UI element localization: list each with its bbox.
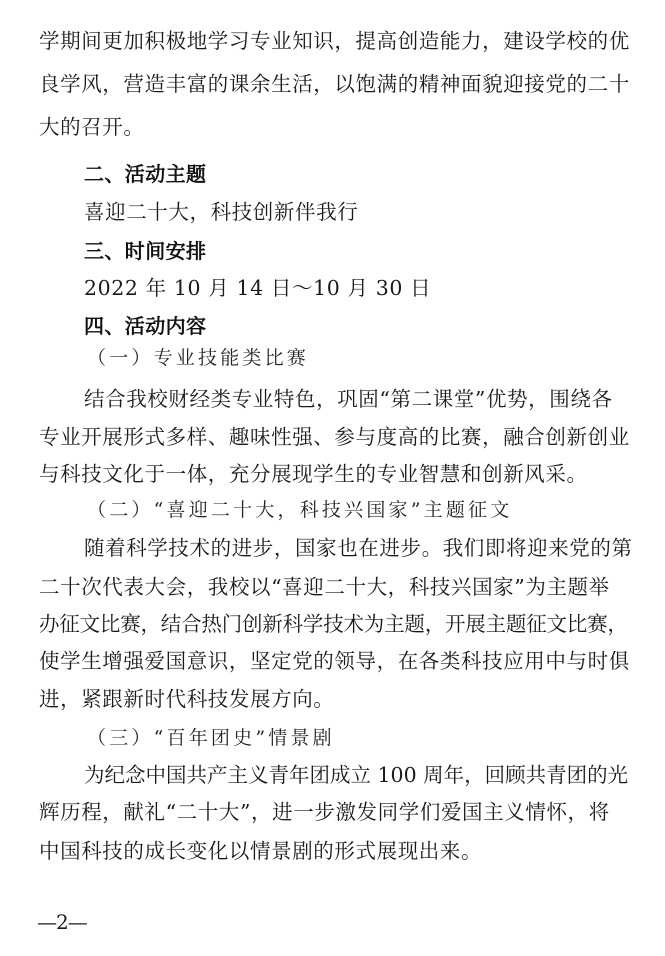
subsection-title: （一）专业技能类比赛 (87, 346, 309, 370)
paragraph-line: 大的召开。 (39, 115, 145, 139)
paragraph-line: 办征文比赛，结合热门创新科学技术为主题，开展主题征文比赛， (39, 612, 628, 636)
paragraph-line: 专业开展形式多样、趣味性强、参与度高的比赛，融合创新创业 (39, 425, 630, 449)
paragraph-line: 二十次代表大会，我校以“喜迎二十大，科技兴国家”为主题举 (39, 575, 610, 599)
section-heading-theme: 二、活动主题 (84, 162, 206, 186)
schedule-text: 2022 年 10 月 14 日～10 月 30 日 (84, 276, 431, 300)
paragraph-line: 良学风，营造丰富的课余生活，以饱满的精神面貌迎接党的二十 (39, 72, 630, 96)
subsection-title: （三）“百年团史”情景剧 (87, 726, 335, 750)
page-number: —2— (37, 910, 87, 934)
subsection-title: （二）“喜迎二十大，科技兴国家”主题征文 (87, 498, 512, 522)
paragraph-line: 为纪念中国共产主义青年团成立 100 周年，回顾共青团的光 (84, 763, 628, 787)
section-heading-schedule: 三、时间安排 (84, 239, 206, 263)
paragraph-line: 辉历程，献礼“二十大”，进一步激发同学们爱国主义情怀，将 (39, 800, 610, 824)
section-heading-content: 四、活动内容 (84, 314, 206, 338)
paragraph-line: 结合我校财经类专业特色，巩固“第二课堂”优势，围绕各 (84, 387, 613, 411)
theme-text: 喜迎二十大，科技创新伴我行 (84, 200, 358, 224)
paragraph-line: 与科技文化于一体，充分展现学生的专业智慧和创新风采。 (39, 462, 588, 486)
paragraph-line: 进，紧跟新时代科技发展方向。 (39, 687, 334, 711)
paragraph-line: 中国科技的成长变化以情景剧的形式展现出来。 (39, 839, 482, 863)
paragraph-line: 随着科学技术的进步，国家也在进步。我们即将迎来党的第 (84, 536, 633, 560)
paragraph-line: 学期间更加积极地学习专业知识，提高创造能力，建设学校的优 (39, 29, 630, 53)
paragraph-line: 使学生增强爱国意识，坚定党的领导，在各类科技应用中与时俱 (39, 649, 630, 673)
